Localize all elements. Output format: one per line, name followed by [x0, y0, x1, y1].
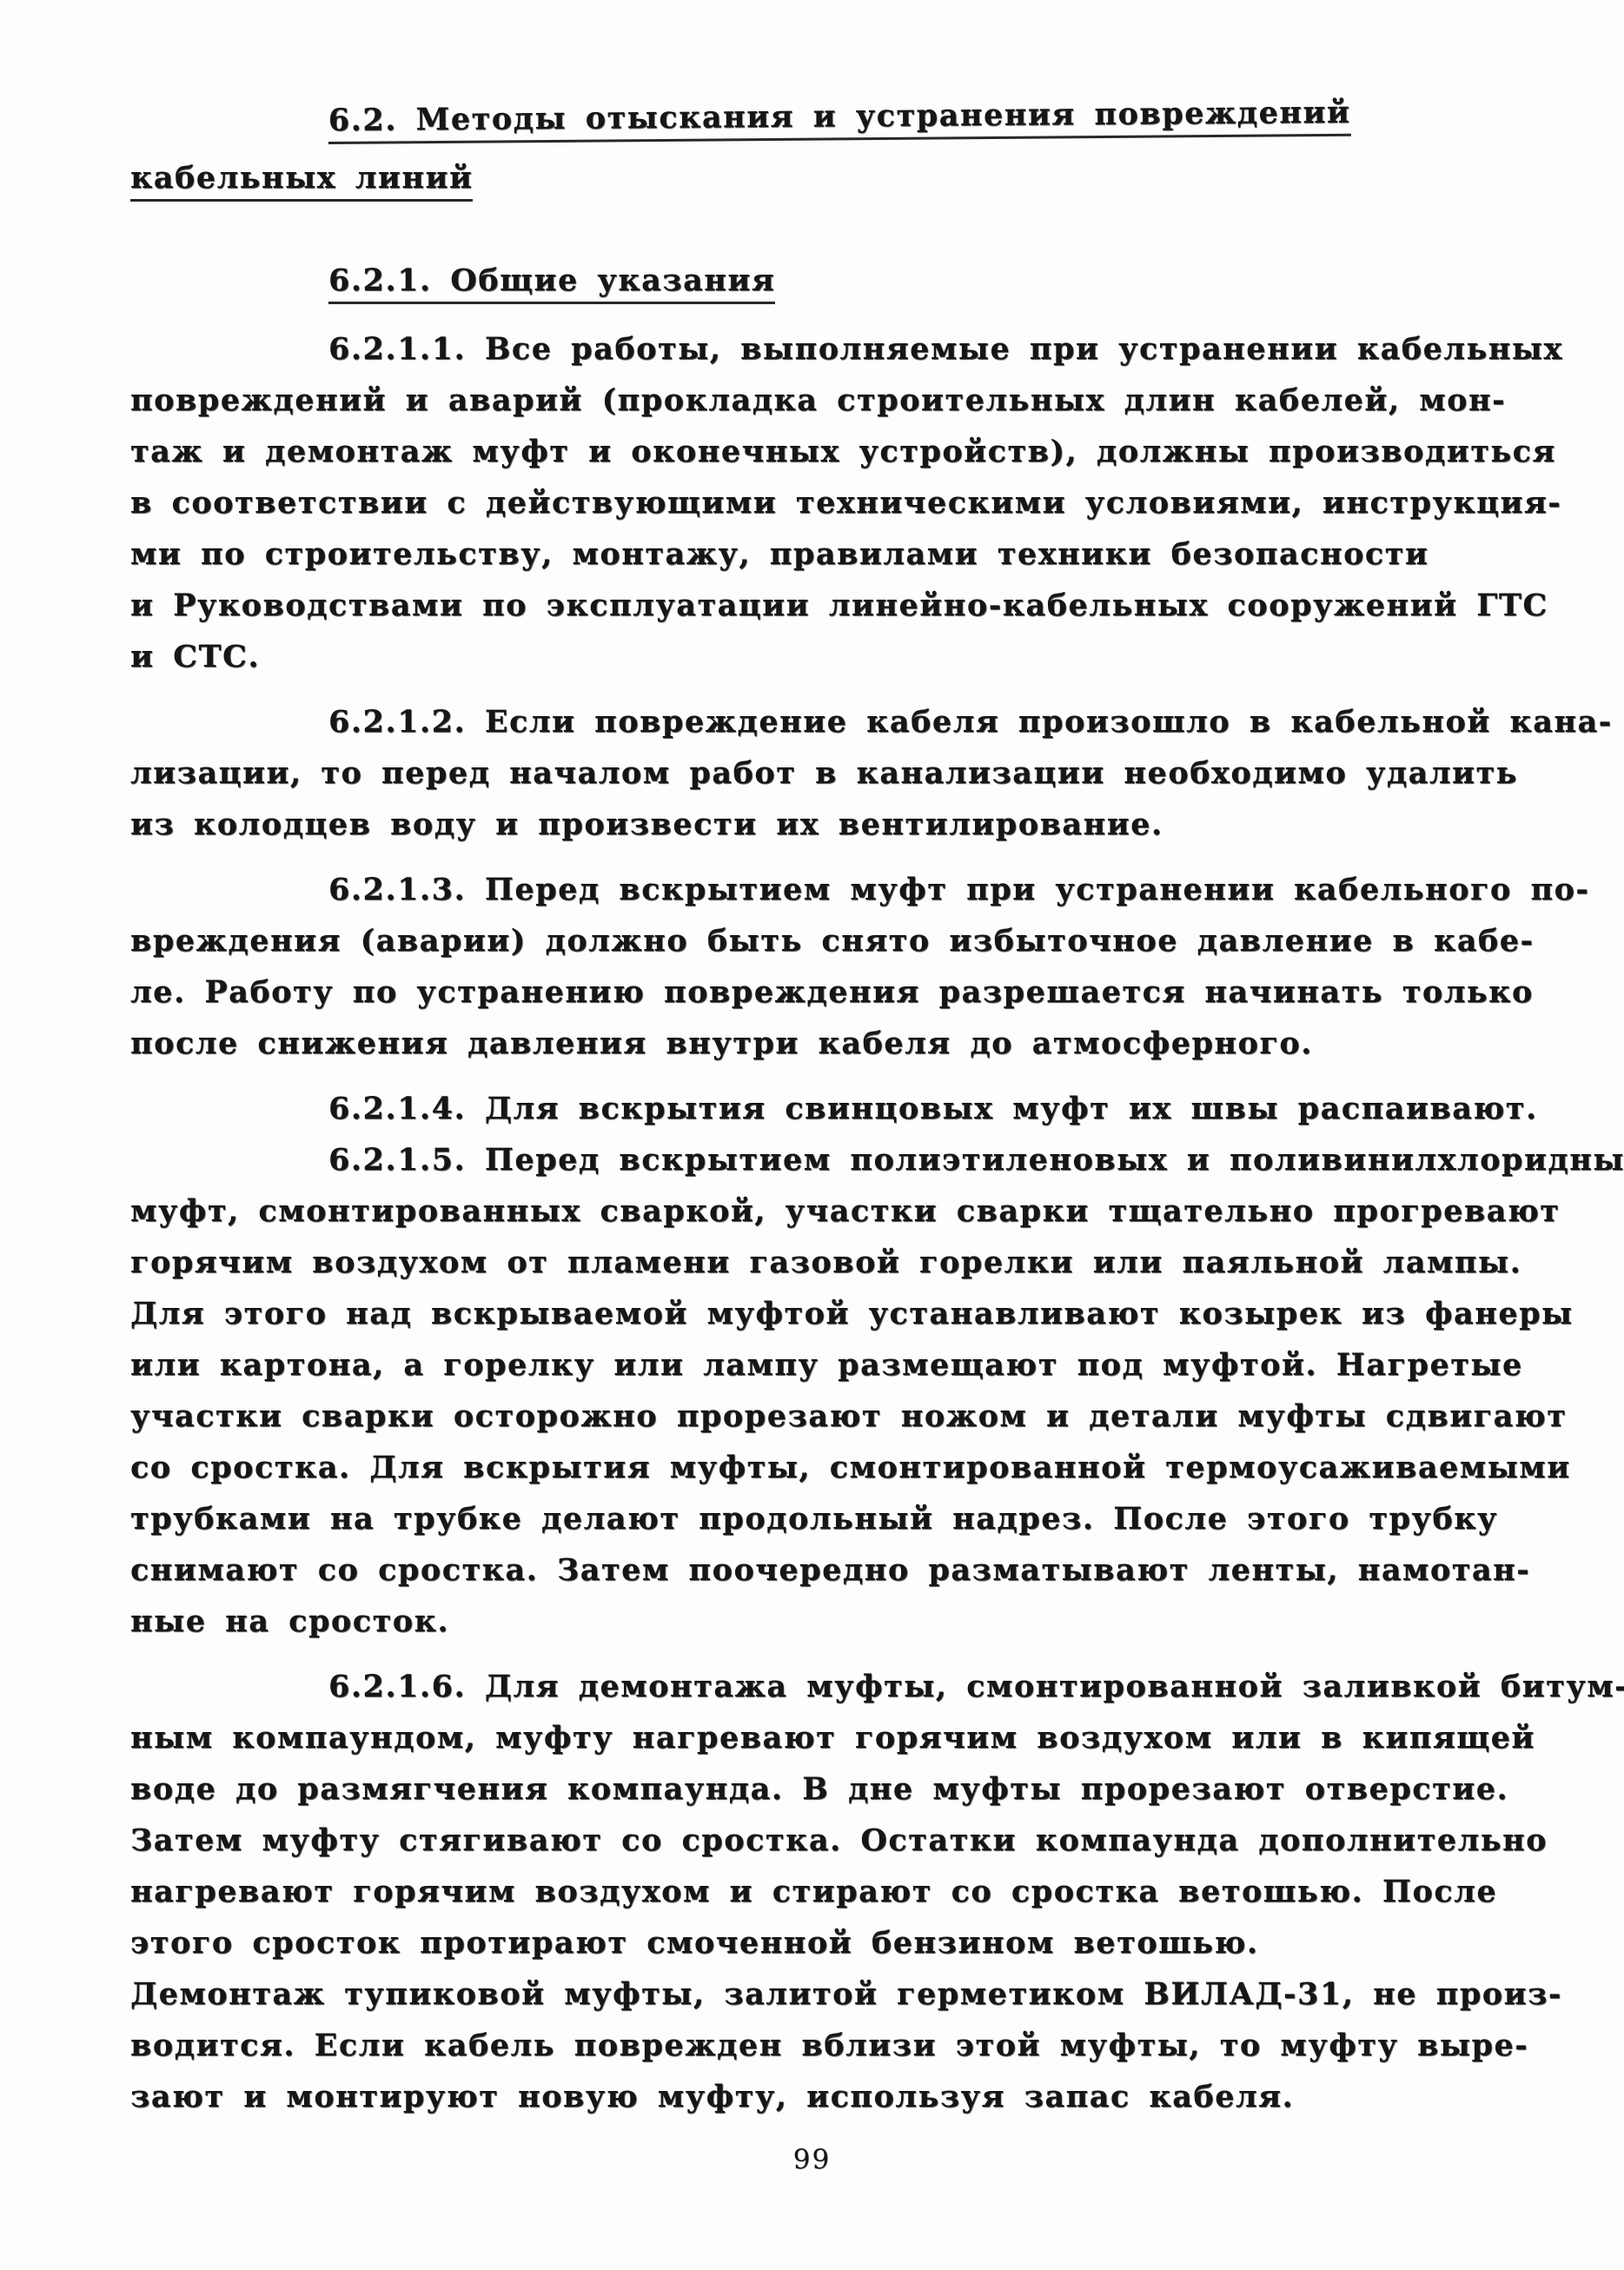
text-line: в соответствии с действующими технически… [130, 485, 1494, 536]
text-line: нагревают горячим воздухом и стирают со … [130, 1874, 1494, 1925]
text-line: вреждения (аварии) должно быть снято изб… [130, 923, 1494, 974]
text-line: повреждений и аварий (прокладка строител… [130, 382, 1494, 434]
text-line: 6.2.1.1. Все работы, выполняемые при уст… [130, 331, 1494, 382]
text-line: Демонтаж тупиковой муфты, залитой гермет… [130, 1976, 1494, 2028]
paragraph-6-2-1-4: 6.2.1.4. Для вскрытия свинцовых муфт их … [130, 1091, 1494, 1142]
text-line: из колодцев воду и произвести их вентили… [130, 806, 1494, 858]
text-line: 6.2.1.2. Если повреждение кабеля произош… [130, 704, 1494, 755]
text-line: и СТС. [130, 639, 1494, 690]
text-line: или картона, а горелку или лампу размеща… [130, 1347, 1494, 1398]
text-line: ле. Работу по устранению повреждения раз… [130, 974, 1494, 1025]
text-line: 6.2.1.4. Для вскрытия свинцовых муфт их … [130, 1091, 1494, 1142]
document-page: 6.2. Методы отыскания и устранения повре… [0, 0, 1624, 2270]
paragraph-6-2-1-2: 6.2.1.2. Если повреждение кабеля произош… [130, 704, 1494, 858]
text-line: снимают со сростка. Затем поочередно раз… [130, 1552, 1494, 1603]
text-line: лизации, то перед началом работ в канали… [130, 755, 1494, 806]
text-line: водится. Если кабель поврежден вблизи эт… [130, 2028, 1494, 2079]
section-heading-line1: 6.2. Методы отыскания и устранения повре… [328, 95, 1351, 144]
page-content: 6.2. Методы отыскания и устранения повре… [0, 0, 1624, 2175]
text-line: горячим воздухом от пламени газовой горе… [130, 1245, 1494, 1296]
text-line: зают и монтируют новую муфту, используя … [130, 2079, 1494, 2130]
page-number: 99 [130, 2144, 1494, 2175]
section-heading-line1-row: 6.2. Методы отыскания и устранения повре… [130, 103, 1494, 160]
text-line: 6.2.1.3. Перед вскрытием муфт при устран… [130, 872, 1494, 923]
section-heading: 6.2. Методы отыскания и устранения повре… [130, 103, 1494, 217]
text-line: Для этого над вскрываемой муфтой устанав… [130, 1296, 1494, 1347]
paragraph-6-2-1-1: 6.2.1.1. Все работы, выполняемые при уст… [130, 331, 1494, 690]
text-line: ным компаундом, муфту нагревают горячим … [130, 1720, 1494, 1771]
text-line: участки сварки осторожно прорезают ножом… [130, 1398, 1494, 1450]
text-line: 6.2.1.6. Для демонтажа муфты, смонтирова… [130, 1669, 1494, 1720]
text-line: муфт, смонтированных сваркой, участки св… [130, 1193, 1494, 1245]
paragraph-6-2-1-6: 6.2.1.6. Для демонтажа муфты, смонтирова… [130, 1669, 1494, 2130]
section-heading-line2-row: кабельных линий [130, 160, 1494, 217]
subsection-heading-row: 6.2.1. Общие указания [130, 262, 1494, 314]
text-line: Затем муфту стягивают со сростка. Остатк… [130, 1822, 1494, 1874]
section-heading-line2: кабельных линий [130, 160, 473, 202]
text-line: и Руководствами по эксплуатации линейно-… [130, 587, 1494, 639]
text-line: воде до размягчения компаунда. В дне муф… [130, 1771, 1494, 1822]
text-line: со сростка. Для вскрытия муфты, смонтиро… [130, 1450, 1494, 1501]
paragraph-6-2-1-3: 6.2.1.3. Перед вскрытием муфт при устран… [130, 872, 1494, 1077]
text-line: ми по строительству, монтажу, правилами … [130, 536, 1494, 587]
text-line: трубками на трубке делают продольный над… [130, 1501, 1494, 1552]
text-line: 6.2.1.5. Перед вскрытием полиэтиленовых … [130, 1142, 1494, 1193]
text-line: этого сросток протирают смоченной бензин… [130, 1925, 1494, 1976]
subsection-heading-block: 6.2.1. Общие указания [130, 262, 1494, 314]
text-line: ные на сросток. [130, 1603, 1494, 1655]
subsection-heading: 6.2.1. Общие указания [328, 262, 775, 304]
paragraph-6-2-1-5: 6.2.1.5. Перед вскрытием полиэтиленовых … [130, 1142, 1494, 1655]
text-line: таж и демонтаж муфт и оконечных устройст… [130, 434, 1494, 485]
text-line: после снижения давления внутри кабеля до… [130, 1025, 1494, 1077]
